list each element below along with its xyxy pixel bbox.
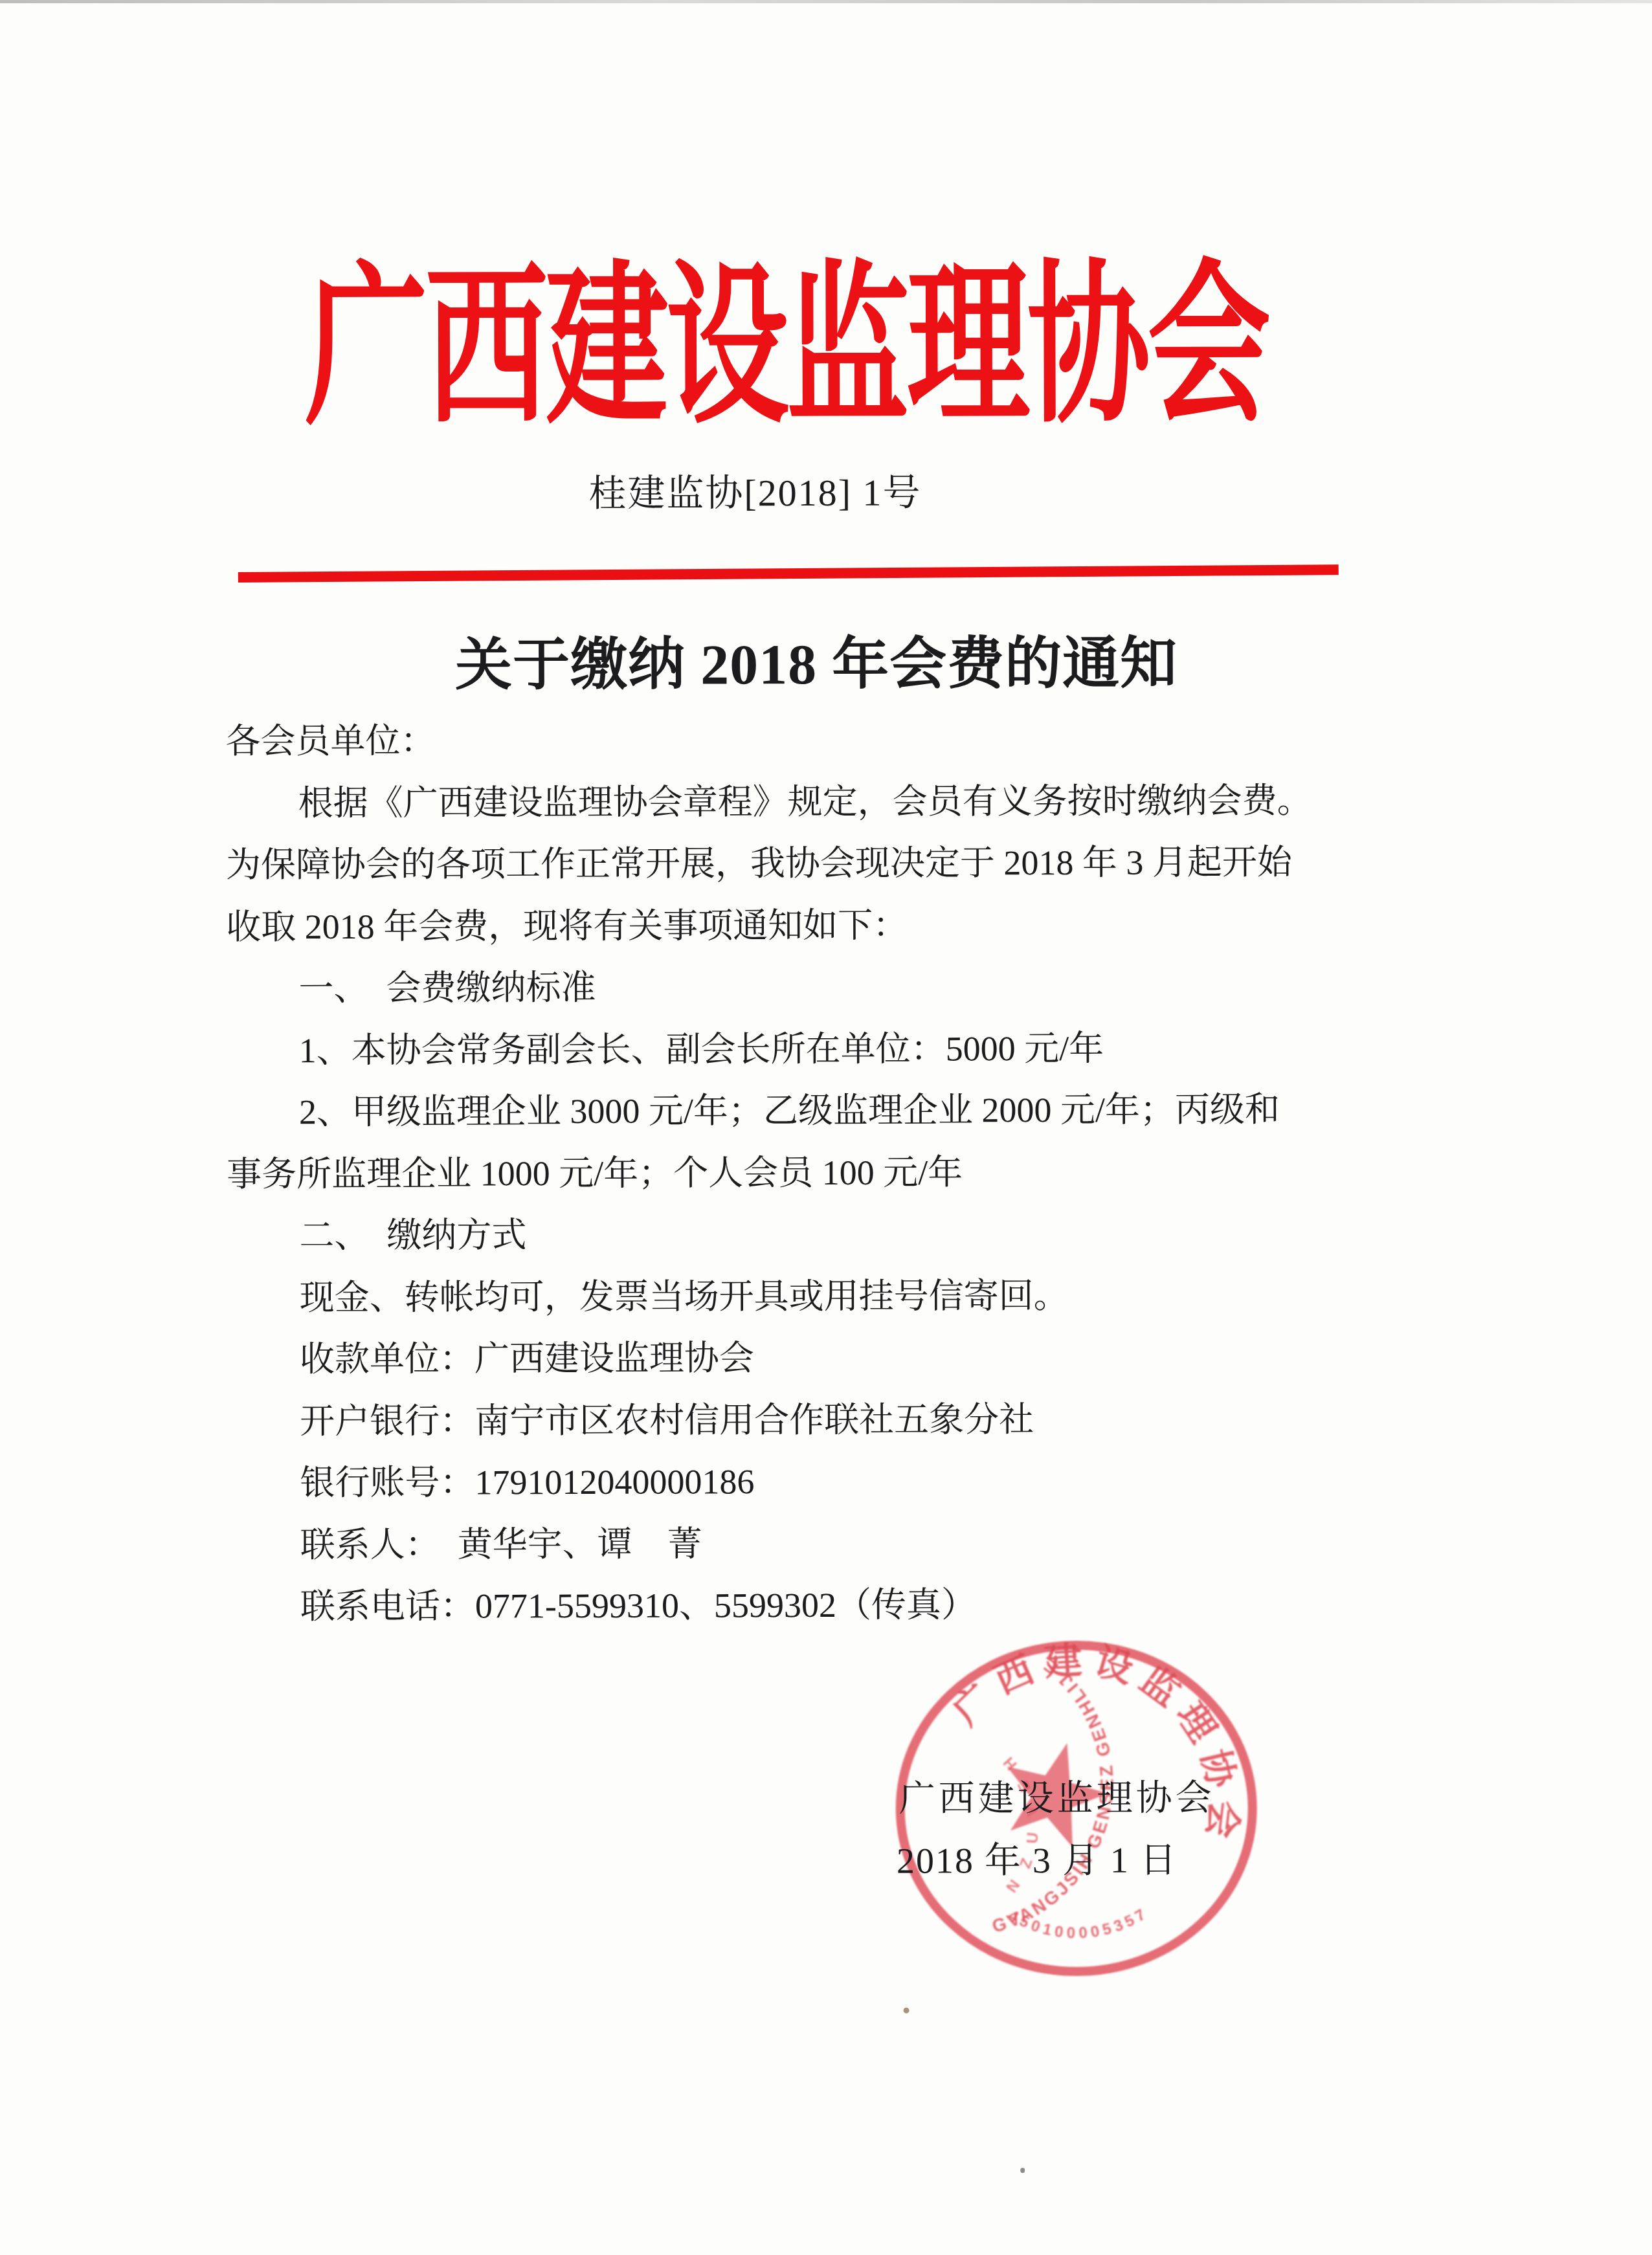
organization-letterhead-title: 广西建设监理协会 — [0, 204, 1575, 459]
body-line-contacts: 联系人： 黄华宇、谭 菁 — [228, 1511, 1375, 1576]
body-line-salutation: 各会员单位： — [225, 708, 1372, 773]
document-content: 广西建设监理协会 桂建监协[2018] 1号 关于缴纳 2018 年会费的通知 … — [0, 0, 1652, 2255]
body-line-payee: 收款单位：广西建设监理协会 — [227, 1326, 1374, 1391]
notice-title: 关于缴纳 2018 年会费的通知 — [0, 617, 1634, 703]
signature-date: 2018 年 3 月 1 日 — [897, 1832, 1178, 1884]
body-line-section-2: 二、 缴纳方式 — [227, 1203, 1374, 1267]
notice-body: 各会员单位： 根据《广西建设监理协会章程》规定，会员有义务按时缴纳会费。 为保障… — [225, 708, 1375, 1638]
body-line: 根据《广西建设监理协会章程》规定，会员有义务按时缴纳会费。 — [226, 770, 1373, 834]
signature-organization: 广西建设监理协会 — [899, 1769, 1215, 1821]
body-line: 现金、转帐均可，发票当场开具或用挂号信寄回。 — [227, 1264, 1374, 1329]
body-line: 为保障协会的各项工作正常开展，我协会现决定于 2018 年 3 月起开始 — [226, 832, 1373, 896]
scanned-document-page: 广西建设监理协会 桂建监协[2018] 1号 关于缴纳 2018 年会费的通知 … — [0, 0, 1652, 2255]
body-line: 收取 2018 年会费，现将有关事项通知如下： — [226, 893, 1373, 958]
body-line-item-1: 1、本协会常务副会长、副会长所在单位：5000 元/年 — [227, 1017, 1374, 1082]
body-line-item-2: 2、甲级监理企业 3000 元/年；乙级监理企业 2000 元/年；丙级和 — [227, 1079, 1374, 1144]
scan-speck — [1020, 2168, 1025, 2173]
red-divider-rule — [238, 564, 1339, 583]
body-line-bank: 开户银行：南宁市区农村信用合作联社五象分社 — [227, 1388, 1374, 1452]
body-line: 事务所监理企业 1000 元/年；个人会员 100 元/年 — [227, 1140, 1374, 1205]
document-reference-number: 桂建监协[2018] 1号 — [588, 462, 921, 517]
body-line-account: 银行账号：1791012040000186 — [227, 1450, 1374, 1515]
body-line-section-1: 一、 会费缴纳标准 — [226, 955, 1373, 1020]
